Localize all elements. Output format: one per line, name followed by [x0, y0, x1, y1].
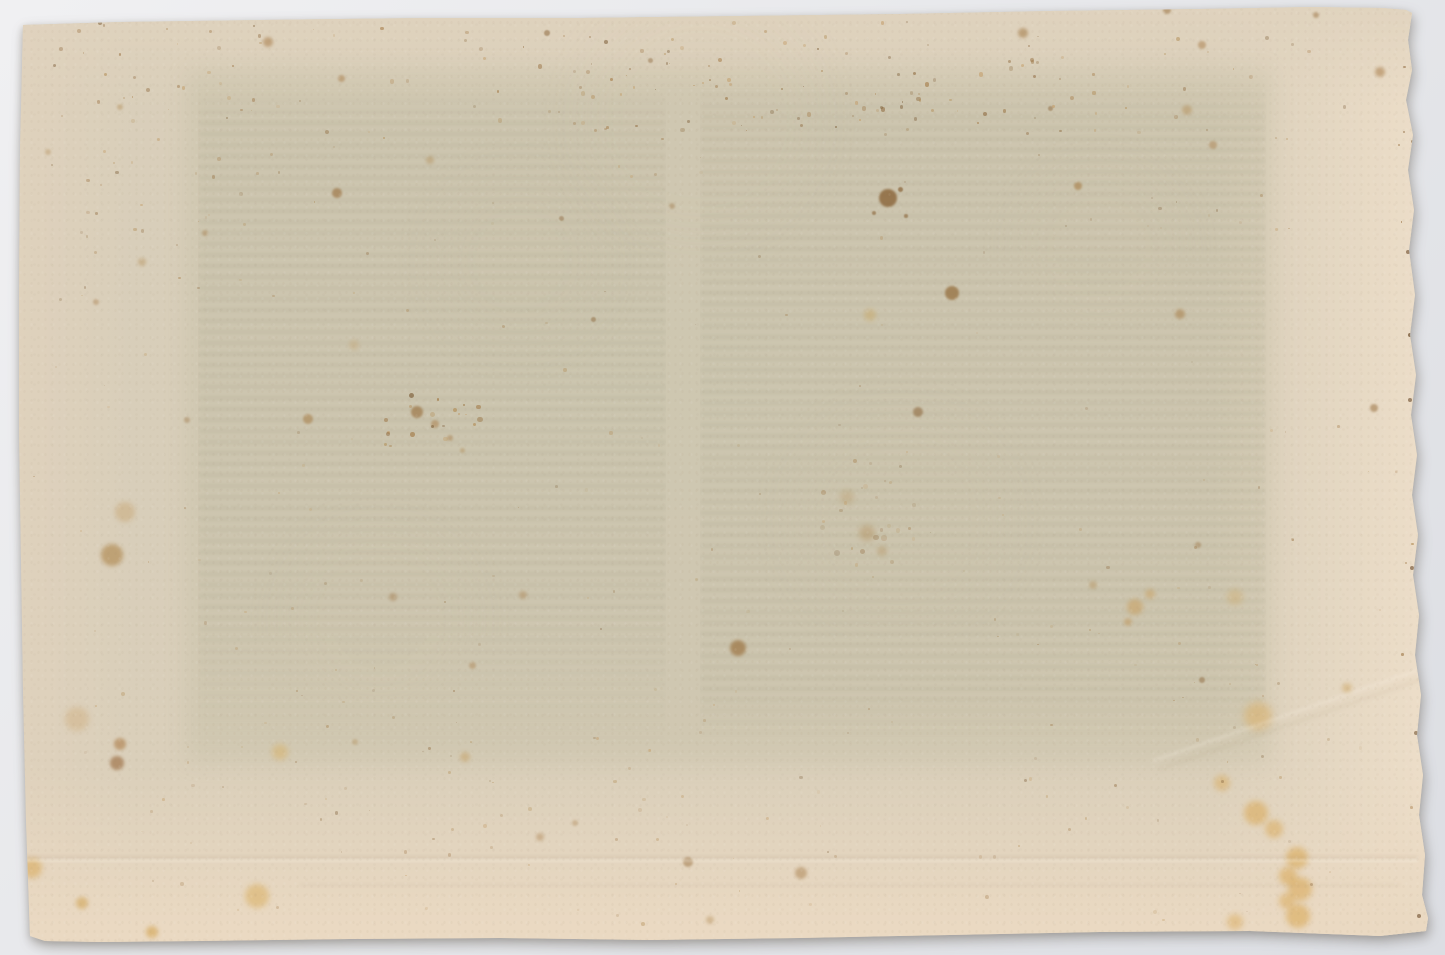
foxing-speckle [141, 831, 142, 832]
foxing-speckle [817, 48, 818, 49]
foxing-speckle [1085, 817, 1088, 820]
foxing-speckle [157, 138, 160, 141]
foxing-speckle [1310, 883, 1313, 886]
foxing-speckle [680, 46, 684, 50]
foxing-stain [1018, 28, 1028, 38]
foxing-speckle [131, 119, 135, 123]
foxing-stain [572, 820, 578, 826]
foxing-speckle [1068, 828, 1071, 831]
foxing-speckle [55, 366, 57, 368]
foxing-speckle [115, 171, 118, 174]
foxing-speckle [490, 846, 493, 849]
foxing-speckle [666, 816, 668, 818]
foxing-speckle [425, 907, 428, 910]
foxing-speckle [1327, 738, 1330, 741]
foxing-speckle [148, 561, 149, 562]
foxing-speckle [144, 353, 147, 356]
foxing-stain [1279, 893, 1295, 909]
foxing-stain [93, 299, 99, 305]
foxing-stain [117, 104, 123, 110]
foxing-speckle [1403, 131, 1405, 133]
foxing-speckle [803, 44, 806, 47]
foxing-stain [263, 37, 273, 47]
foxing-stain [101, 544, 123, 566]
foxing-speckle [232, 65, 234, 67]
foxing-speckle [1061, 56, 1064, 59]
foxing-stain [1288, 877, 1312, 901]
foxing-speckle [1275, 228, 1277, 230]
foxing-speckle [132, 96, 134, 98]
foxing-stain [648, 58, 653, 63]
foxing-speckle [95, 212, 98, 215]
foxing-speckle [103, 24, 106, 27]
foxing-speckle [1021, 64, 1024, 67]
foxing-stain [1342, 683, 1352, 693]
foxing-stain [1408, 398, 1412, 402]
foxing-stain [45, 149, 51, 155]
foxing-speckle [686, 824, 688, 826]
foxing-speckle [1164, 53, 1166, 55]
foxing-speckle [1403, 66, 1406, 69]
foxing-speckle [1028, 45, 1030, 47]
foxing-stain [759, 0, 767, 8]
foxing-speckle [94, 630, 96, 632]
foxing-speckle [500, 814, 503, 817]
foxing-speckle [176, 244, 178, 246]
foxing-speckle [616, 914, 618, 916]
foxing-speckle [492, 782, 494, 784]
foxing-speckle [94, 251, 98, 255]
foxing-speckle [642, 798, 646, 802]
paper-sheet [0, 0, 1445, 955]
paper-crease [26, 856, 1418, 859]
foxing-speckle [1379, 609, 1380, 610]
foxing-speckle [84, 286, 86, 288]
paper-crease [26, 859, 1418, 862]
foxing-speckle [1265, 36, 1269, 40]
foxing-speckle [1288, 840, 1291, 843]
foxing-speckle [538, 64, 542, 68]
foxing-speckle [1176, 37, 1180, 41]
foxing-speckle [1036, 61, 1039, 64]
foxing-speckle [615, 838, 618, 841]
foxing-speckle [799, 776, 802, 779]
foxing-speckle [325, 798, 327, 800]
foxing-speckle [820, 825, 822, 827]
foxing-speckle [881, 21, 884, 24]
foxing-stain [1417, 914, 1421, 918]
foxing-stain [683, 857, 693, 867]
foxing-speckle [1277, 682, 1280, 685]
foxing-stain [544, 30, 550, 36]
foxing-speckle [1411, 543, 1413, 545]
foxing-stain [1227, 914, 1243, 930]
foxing-speckle [1153, 910, 1157, 914]
foxing-stain [1286, 904, 1310, 928]
foxing-speckle [1239, 893, 1241, 895]
foxing-speckle [259, 42, 261, 44]
foxing-speckle [178, 277, 180, 279]
foxing-stain [795, 867, 807, 879]
foxing-speckle [1395, 470, 1398, 473]
foxing-speckle [1024, 779, 1027, 782]
foxing-stain [245, 884, 269, 908]
foxing-stain [1265, 820, 1283, 838]
foxing-speckle [628, 767, 631, 770]
foxing-stain [114, 738, 126, 750]
foxing-speckle [1401, 221, 1403, 223]
foxing-stain [65, 707, 89, 731]
foxing-speckle [1292, 539, 1294, 541]
foxing-stain [1163, 6, 1171, 14]
ghost-text-block [186, 70, 1272, 762]
foxing-speckle [253, 25, 256, 28]
foxing-speckle [121, 692, 125, 696]
foxing-speckle [104, 73, 107, 76]
foxing-speckle [451, 828, 455, 832]
foxing-speckle [86, 211, 89, 214]
foxing-speckle [333, 34, 335, 36]
foxing-speckle [86, 235, 89, 238]
foxing-speckle [1286, 138, 1289, 141]
foxing-speckle [152, 880, 154, 882]
foxing-speckle [83, 52, 85, 54]
foxing-speckle [1031, 60, 1035, 64]
foxing-stain [1313, 12, 1319, 18]
foxing-speckle [313, 29, 315, 31]
foxing-speckle [666, 62, 668, 64]
foxing-speckle [888, 56, 891, 59]
foxing-stain [1244, 801, 1268, 825]
foxing-speckle [1162, 919, 1164, 921]
foxing-speckle [1037, 36, 1039, 38]
foxing-speckle [1395, 471, 1397, 473]
foxing-speckle [33, 476, 34, 477]
foxing-speckle [664, 53, 667, 56]
foxing-stain [1279, 867, 1297, 885]
foxing-speckle [209, 30, 213, 34]
foxing-speckle [1008, 60, 1011, 63]
foxing-speckle [1285, 431, 1286, 432]
foxing-speckle [187, 761, 190, 764]
foxing-speckle [1337, 425, 1340, 428]
foxing-speckle [276, 906, 279, 909]
foxing-stain [1214, 775, 1230, 791]
foxing-speckle [1207, 51, 1208, 52]
foxing-speckle [681, 795, 684, 798]
foxing-speckle [59, 47, 63, 51]
foxing-speckle [146, 88, 150, 92]
foxing-speckle [77, 29, 81, 33]
foxing-speckle [448, 853, 451, 856]
foxing-speckle [119, 53, 122, 56]
paper-crease [300, 884, 1400, 886]
foxing-speckle [489, 780, 491, 782]
foxing-stain [1408, 333, 1412, 337]
foxing-speckle [464, 39, 467, 42]
foxing-speckle [1291, 43, 1294, 46]
foxing-stain [536, 833, 544, 841]
foxing-speckle [103, 150, 106, 153]
foxing-speckle [718, 58, 722, 62]
foxing-speckle [483, 824, 487, 828]
foxing-stain [146, 926, 158, 938]
foxing-speckle [1368, 471, 1369, 472]
foxing-speckle [483, 57, 486, 60]
foxing-speckle [656, 838, 659, 841]
foxing-speckle [405, 875, 407, 877]
foxing-speckle [341, 851, 342, 852]
foxing-speckle [732, 21, 736, 25]
foxing-stain [1198, 41, 1206, 49]
foxing-speckle [906, 21, 908, 23]
foxing-speckle [809, 903, 812, 906]
foxing-speckle [528, 807, 532, 811]
foxing-speckle [733, 858, 734, 859]
foxing-speckle [985, 895, 989, 899]
foxing-speckle [404, 850, 407, 853]
foxing-speckle [107, 406, 110, 409]
foxing-speckle [162, 798, 165, 801]
foxing-speckle [766, 817, 769, 820]
foxing-speckle [563, 35, 565, 37]
foxing-speckle [1398, 144, 1400, 146]
foxing-speckle [783, 41, 787, 45]
foxing-speckle [993, 855, 996, 858]
foxing-speckle [217, 46, 221, 50]
foxing-speckle [59, 298, 62, 301]
foxing-speckle [1291, 538, 1293, 540]
foxing-speckle [667, 50, 670, 53]
foxing-stain [76, 897, 88, 909]
foxing-speckle [845, 52, 848, 55]
foxing-stain [1406, 250, 1410, 254]
foxing-speckle [123, 97, 125, 99]
foxing-speckle [133, 76, 137, 80]
foxing-speckle [140, 204, 143, 207]
foxing-speckle [638, 808, 642, 812]
foxing-speckle [1401, 653, 1403, 655]
foxing-speckle [81, 295, 83, 297]
paper-shadow [0, 0, 1445, 955]
photo-frame [0, 0, 1445, 955]
foxing-stain [138, 258, 146, 266]
foxing-speckle [1410, 806, 1413, 809]
foxing-stain [1410, 566, 1414, 570]
foxing-speckle [479, 47, 483, 51]
foxing-speckle [61, 115, 63, 117]
foxing-speckle [604, 40, 608, 44]
foxing-speckle [591, 63, 593, 65]
foxing-speckle [589, 36, 591, 38]
foxing-speckle [180, 882, 184, 886]
foxing-speckle [708, 65, 710, 67]
foxing-speckle [222, 786, 224, 788]
foxing-speckle [669, 63, 671, 65]
foxing-speckle [166, 28, 168, 30]
foxing-speckle [80, 530, 82, 532]
foxing-speckle [1307, 50, 1310, 53]
foxing-speckle [979, 855, 983, 859]
foxing-speckle [133, 228, 137, 232]
foxing-speckle [190, 842, 192, 844]
foxing-speckle [84, 751, 87, 754]
foxing-speckle [1126, 806, 1129, 809]
foxing-speckle [1405, 562, 1407, 564]
foxing-speckle [1018, 845, 1020, 847]
foxing-speckle [53, 64, 56, 67]
foxing-speckle [1279, 776, 1282, 779]
foxing-stain [22, 858, 42, 878]
foxing-speckle [98, 21, 102, 25]
foxing-speckle [824, 35, 827, 38]
foxing-speckle [344, 787, 347, 790]
foxing-speckle [675, 883, 677, 885]
foxing-speckle [237, 909, 239, 911]
foxing-speckle [80, 231, 82, 233]
foxing-speckle [113, 162, 115, 164]
foxing-speckle [1411, 140, 1414, 143]
foxing-speckle [258, 34, 261, 37]
foxing-speckle [369, 810, 370, 811]
foxing-speckle [640, 49, 643, 52]
foxing-speckle [191, 784, 195, 788]
foxing-speckle [177, 85, 180, 88]
foxing-speckle [613, 780, 617, 784]
foxing-speckle [1246, 911, 1247, 912]
foxing-speckle [817, 790, 820, 793]
foxing-speckle [1157, 819, 1160, 822]
foxing-stain [706, 916, 714, 924]
foxing-speckle [380, 27, 384, 31]
foxing-speckle [95, 705, 97, 707]
foxing-speckle [168, 109, 170, 111]
foxing-speckle [641, 922, 645, 926]
foxing-speckle [177, 43, 179, 45]
foxing-speckle [523, 46, 524, 47]
foxing-speckle [528, 864, 530, 866]
foxing-speckle [1221, 780, 1224, 783]
foxing-stain [1375, 67, 1385, 77]
foxing-speckle [448, 771, 451, 774]
foxing-speckle [320, 818, 323, 821]
foxing-speckle [1030, 58, 1034, 62]
foxing-speckle [834, 855, 837, 858]
foxing-speckle [1288, 228, 1289, 229]
foxing-speckle [51, 164, 53, 166]
foxing-speckle [86, 179, 90, 183]
foxing-speckle [1275, 137, 1277, 139]
foxing-speckle [1343, 105, 1347, 109]
foxing-speckle [1046, 795, 1048, 797]
foxing-speckle [1359, 746, 1362, 749]
foxing-speckle [182, 86, 185, 89]
foxing-speckle [827, 851, 829, 853]
foxing-speckle [97, 100, 101, 104]
foxing-speckle [1029, 777, 1032, 780]
foxing-speckle [150, 810, 153, 813]
foxing-speckle [141, 229, 144, 232]
foxing-speckle [432, 838, 435, 841]
foxing-stain [1370, 404, 1378, 412]
foxing-speckle [100, 184, 102, 186]
foxing-stain [1414, 731, 1418, 735]
foxing-speckle [671, 38, 674, 41]
foxing-speckle [739, 890, 741, 892]
foxing-speckle [1413, 80, 1415, 82]
foxing-speckle [1329, 871, 1331, 873]
foxing-stain [1286, 847, 1308, 869]
foxing-stain [115, 502, 135, 522]
foxing-speckle [131, 161, 134, 164]
foxing-speckle [335, 811, 338, 814]
foxing-speckle [577, 909, 579, 911]
foxing-stain [110, 756, 124, 770]
foxing-speckle [1114, 784, 1117, 787]
foxing-speckle [764, 30, 767, 33]
foxing-speckle [104, 385, 105, 386]
foxing-speckle [465, 31, 468, 34]
foxing-speckle [304, 803, 307, 806]
foxing-speckle [927, 44, 929, 46]
